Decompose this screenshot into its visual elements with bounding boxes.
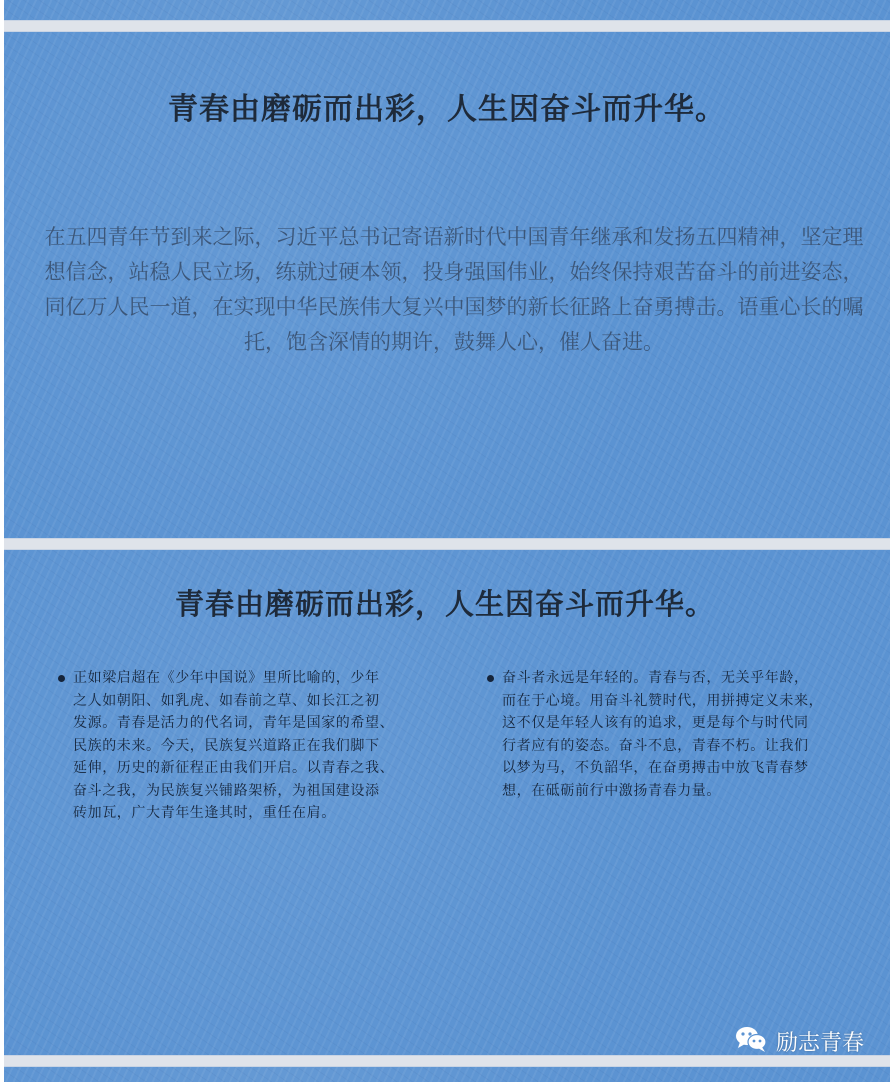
left-column-line: 之人如朝阳、如乳虎、如春前之草、如长江之初 (73, 690, 394, 713)
wechat-icon (734, 1025, 768, 1057)
right-column-line: 以梦为马，不负韶华，在奋勇搏击中放飞青春梦 (502, 757, 823, 780)
separator-top (4, 20, 890, 32)
right-column-line: 奋斗者永远是年轻的。青春与否，无关乎年龄， (502, 667, 823, 690)
section-1-intro: 在五四青年节到来之际，习近平总书记寄语新时代中国青年继承和发扬五四精神，坚定理 … (18, 220, 890, 360)
left-column-line: 砖加瓦，广大青年生逢其时，重任在肩。 (73, 802, 394, 825)
intro-line: 同亿万人民一道，在实现中华民族伟大复兴中国梦的新长征路上奋勇搏击。语重心长的嘱 (18, 290, 890, 325)
left-column-line: 延伸，历史的新征程正由我们开启。以青春之我、 (73, 757, 394, 780)
right-column-line: 这不仅是年轻人该有的追求，更是每个与时代同 (502, 712, 823, 735)
bottom-panel-sliver (4, 1067, 890, 1082)
intro-line: 在五四青年节到来之际，习近平总书记寄语新时代中国青年继承和发扬五四精神，坚定理 (18, 220, 890, 255)
left-column: 正如梁启超在《少年中国说》里所比喻的，少年 之人如朝阳、如乳虎、如春前之草、如长… (73, 667, 394, 825)
right-column: 奋斗者永远是年轻的。青春与否，无关乎年龄， 而在于心境。用奋斗礼赞时代，用拼搏定… (502, 667, 823, 802)
watermark-label: 励志青春 (776, 1026, 864, 1057)
left-column-line: 民族的未来。今天，民族复兴道路正在我们脚下 (73, 735, 394, 758)
left-column-line: 正如梁启超在《少年中国说》里所比喻的，少年 (73, 667, 394, 690)
top-panel-sliver (4, 0, 890, 20)
watermark: 励志青春 (734, 1025, 864, 1057)
bullet-dot-icon (58, 675, 65, 682)
bullet-dot-icon (487, 675, 494, 682)
section-1-title: 青春由磨砺而出彩，人生因奋斗而升华。 (4, 84, 890, 128)
section-1-panel: 青春由磨砺而出彩，人生因奋斗而升华。 在五四青年节到来之际，习近平总书记寄语新时… (4, 32, 890, 538)
intro-line: 想信念，站稳人民立场，练就过硬本领，投身强国伟业，始终保持艰苦奋斗的前进姿态， (18, 255, 890, 290)
right-column-line: 而在于心境。用奋斗礼赞时代，用拼搏定义未来， (502, 690, 823, 713)
left-column-line: 奋斗之我，为民族复兴铺路架桥，为祖国建设添 (73, 780, 394, 803)
right-column-line: 想，在砥砺前行中激扬青春力量。 (502, 780, 823, 803)
intro-line: 托，饱含深情的期许，鼓舞人心，催人奋进。 (18, 325, 890, 360)
left-column-line: 发源。青春是活力的代名词，青年是国家的希望、 (73, 712, 394, 735)
separator-bottom (4, 1055, 890, 1067)
section-2-title: 青春由磨砺而出彩，人生因奋斗而升华。 (0, 582, 890, 623)
separator-middle (4, 538, 890, 550)
right-column-line: 行者应有的姿态。奋斗不息，青春不朽。让我们 (502, 735, 823, 758)
